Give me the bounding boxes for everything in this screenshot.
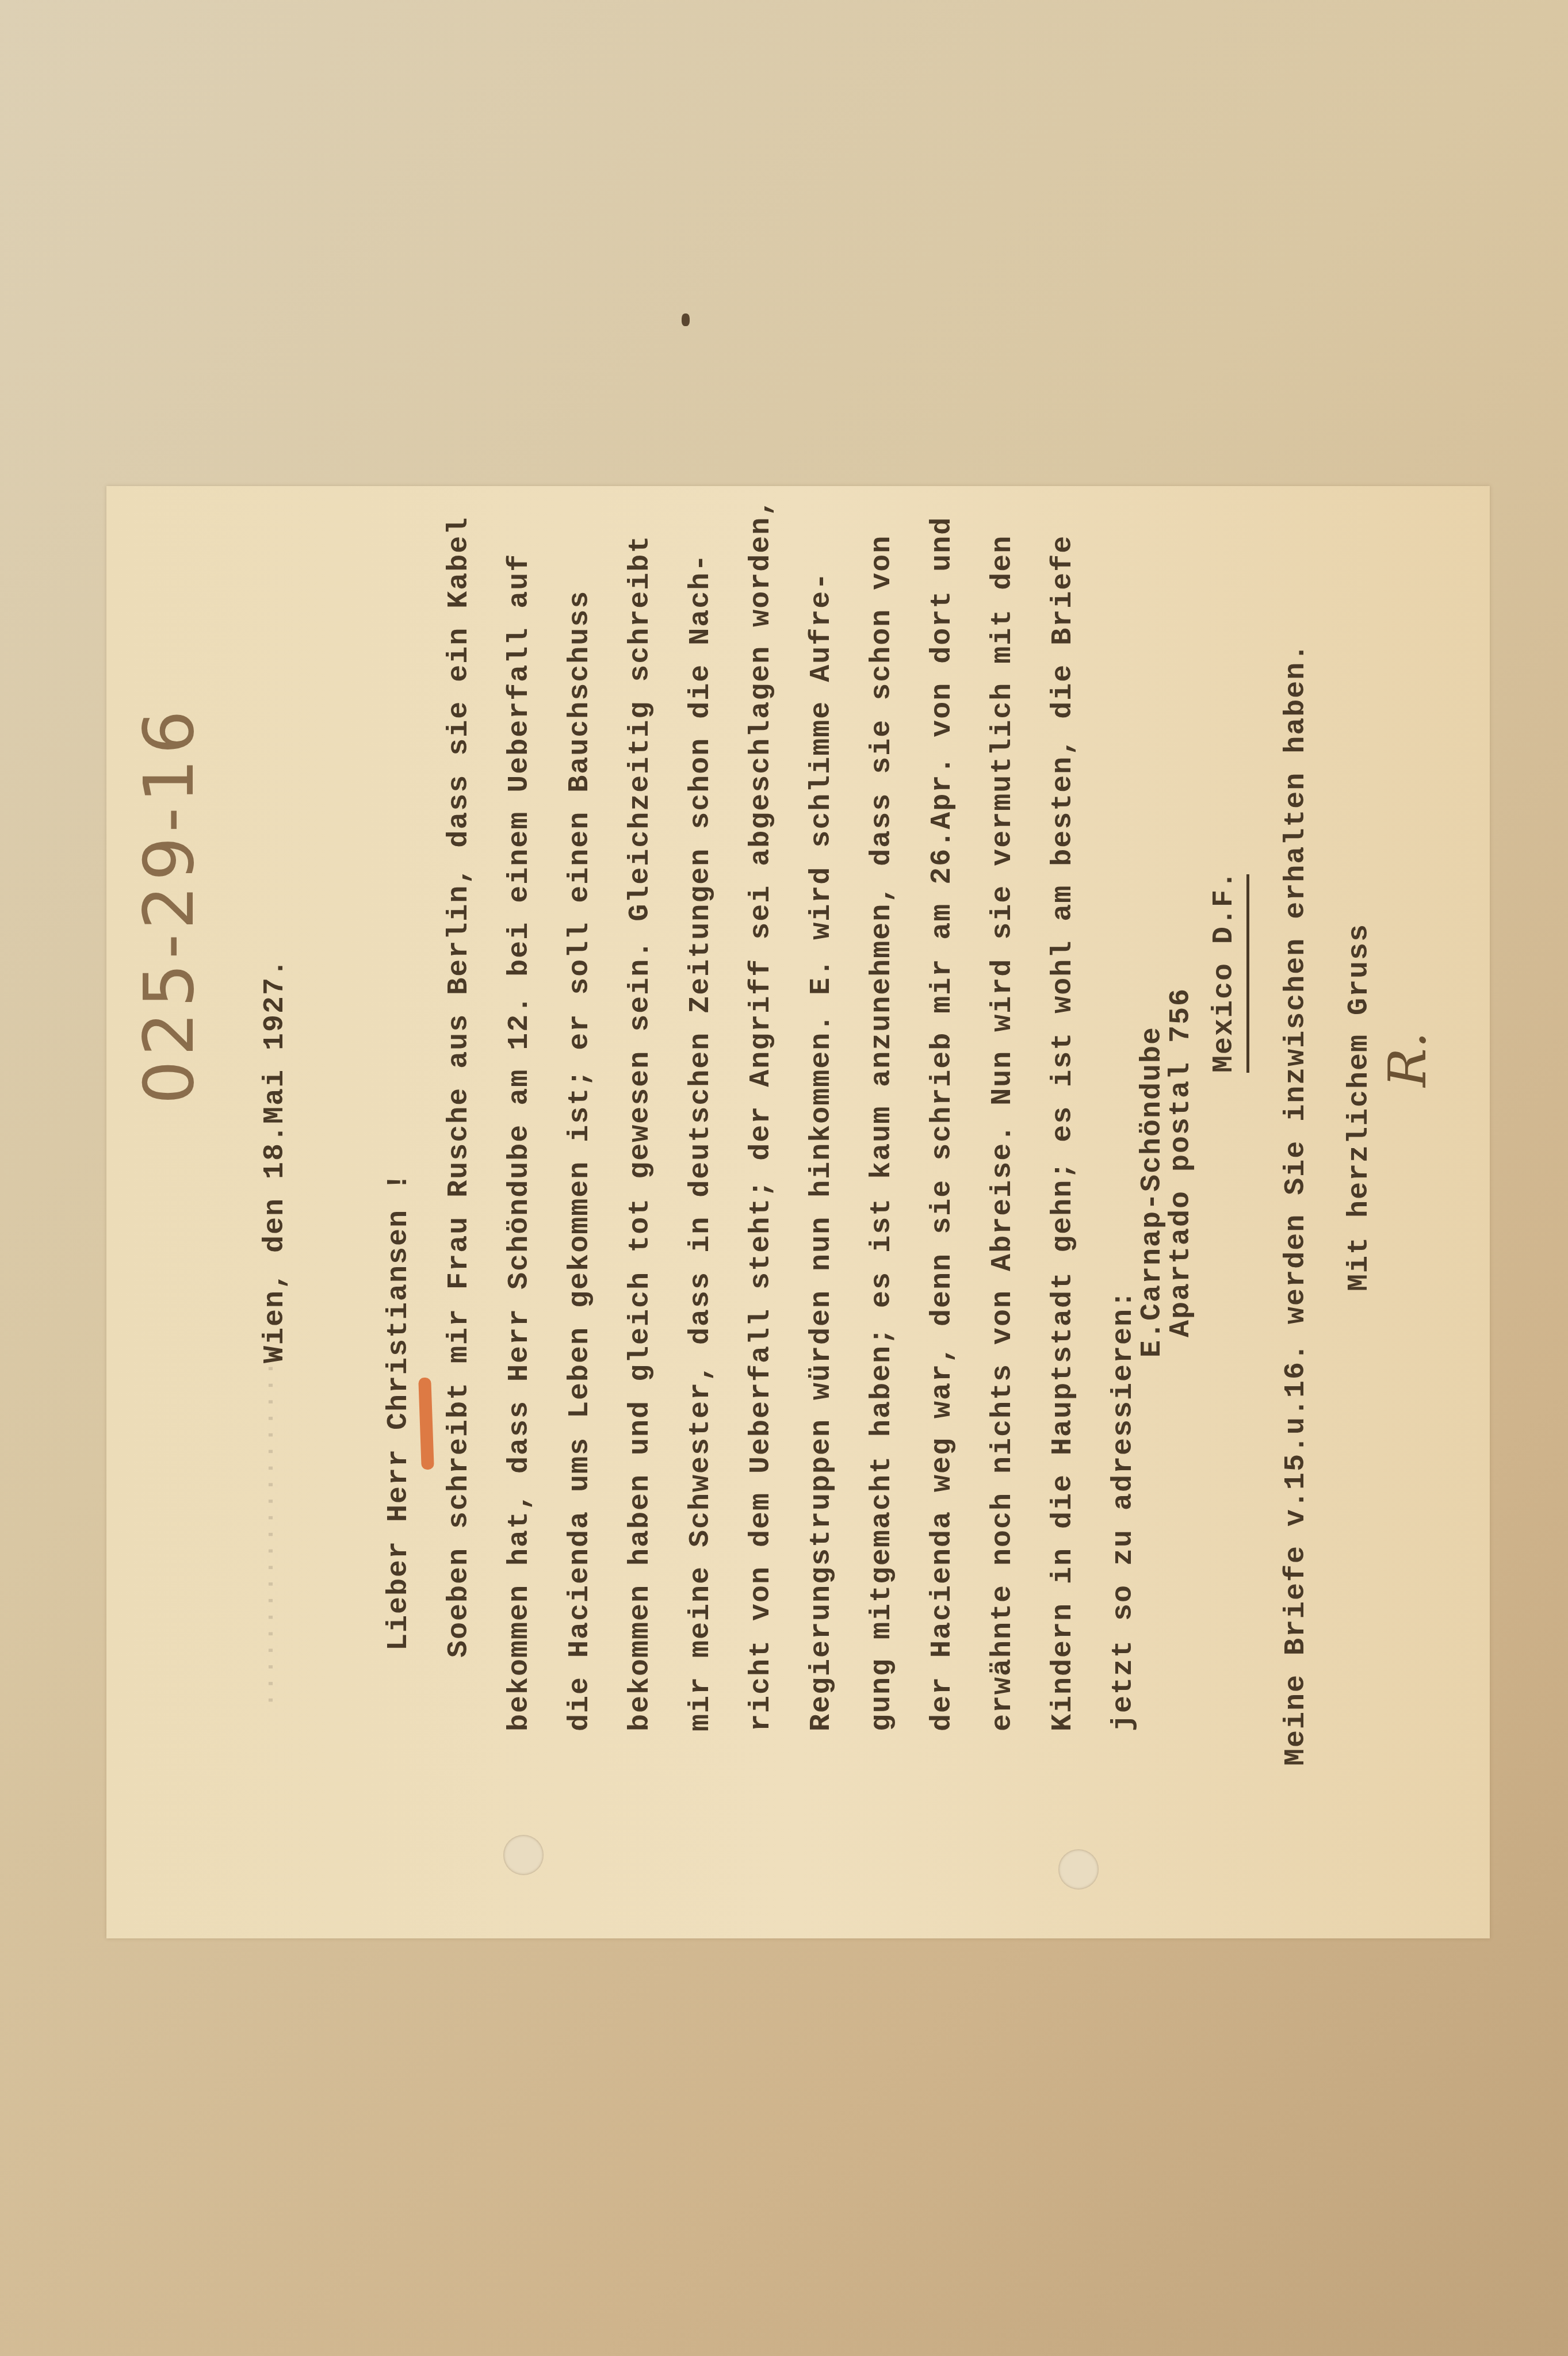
body-line-10: erwähnte noch nichts von Abreise. Nun wi… xyxy=(986,535,1019,1731)
salutation: Lieber Herr Christiansen ! xyxy=(383,1172,415,1651)
place-date: Wien, den 18.Mai 1927. xyxy=(259,958,292,1363)
red-pencil-underline xyxy=(418,1378,434,1470)
address-city-underline xyxy=(1246,874,1249,1073)
body-line-6: richt von dem Ueberfall steht; der Angri… xyxy=(745,498,778,1731)
body-line-5: mir meine Schwester, dass in deutschen Z… xyxy=(684,553,717,1731)
body-line-9: der Hacienda weg war, denn sie schrieb m… xyxy=(926,517,959,1731)
handwritten-initials: R. xyxy=(1378,1032,1438,1087)
archive-number: 025-29-16 xyxy=(129,706,209,1104)
typed-letter: ......................... 025-29-16 Wien… xyxy=(106,486,1490,1938)
body-line-11: Kindern in die Hauptstadt gehn; es ist w… xyxy=(1047,535,1080,1731)
body-line-1: Soeben schreibt mir Frau Rusche aus Berl… xyxy=(443,517,476,1731)
body-line-3: die Hacienda ums Leben gekommen ist; er … xyxy=(564,590,596,1731)
body-line-4: bekommen haben und gleich tot gewesen se… xyxy=(624,535,657,1731)
postscript: Meine Briefe v.15.u.16. werden Sie inzwi… xyxy=(1280,643,1313,1766)
body-line-7: Regierungstruppen würden nun hinkommen. … xyxy=(805,572,838,1731)
body-line-12: jetzt so zu adressieren: xyxy=(1107,1290,1140,1731)
background-speck xyxy=(682,313,690,326)
closing: Mit herzlichem Gruss xyxy=(1343,923,1376,1291)
body-line-8: gung mitgemacht haben; es ist kaum anzun… xyxy=(866,535,898,1731)
address-box: Apartado postal 756 xyxy=(1165,988,1198,1337)
address-city: Mexico D.F. xyxy=(1208,870,1241,1073)
body-line-2: bekommen hat, dass Herr Schöndube am 12.… xyxy=(503,553,536,1731)
address-name: E.Carnap-Schöndube xyxy=(1136,1026,1169,1357)
